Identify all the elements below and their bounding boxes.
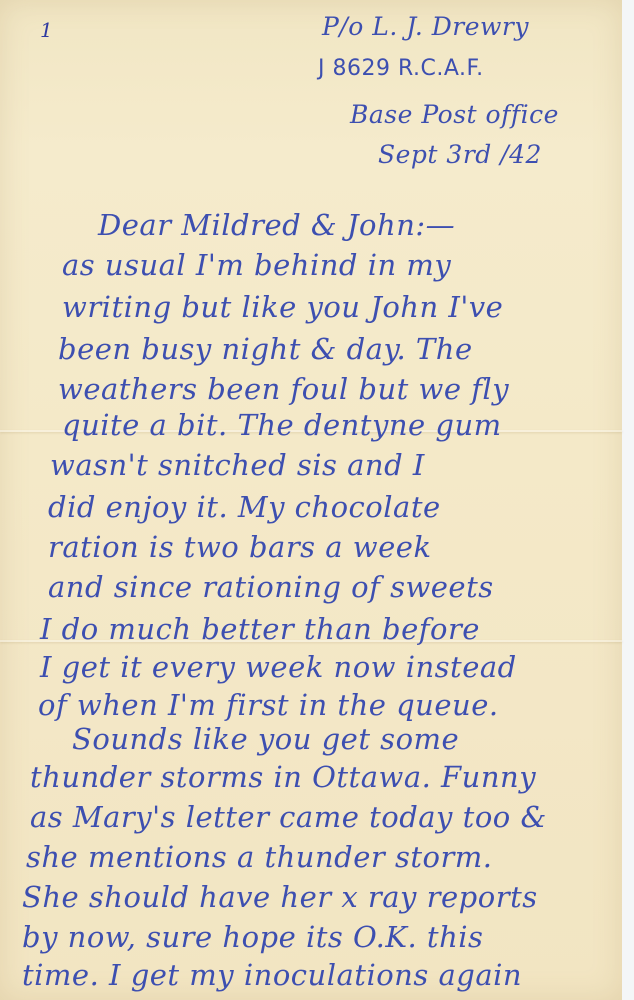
body-line: She should have her x ray reports [22, 880, 538, 914]
body-line: time. I get my inoculations again [22, 958, 522, 992]
body-line: and since rationing of sweets [48, 570, 494, 604]
body-line: I get it every week now instead [40, 650, 517, 684]
body-line: of when I'm first in the queue. [38, 688, 499, 722]
sender-address: Base Post office [350, 100, 559, 129]
body-line: by now, sure hope its O.K. this [22, 920, 483, 954]
body-line: wasn't snitched sis and I [50, 448, 425, 482]
letter-page: 1 P/o L. J. Drewry J 8629 R.C.A.F. Base … [0, 0, 622, 1000]
body-line: as Mary's letter came today too & [30, 800, 547, 834]
body-line: writing but like you John I've [62, 290, 503, 324]
salutation: Dear Mildred & John:— [98, 208, 455, 242]
body-line: I do much better than before [40, 612, 480, 646]
body-line: quite a bit. The dentyne gum [62, 408, 502, 442]
letter-date: Sept 3rd /42 [378, 140, 542, 169]
body-line: been busy night & day. The [58, 332, 473, 366]
page-number: 1 [40, 18, 53, 42]
body-line: thunder storms in Ottawa. Funny [30, 760, 536, 794]
body-line: ration is two bars a week [48, 530, 432, 564]
body-line: weathers been foul but we fly [58, 372, 509, 406]
body-line: as usual I'm behind in my [62, 248, 451, 282]
body-line: she mentions a thunder storm. [26, 840, 493, 874]
body-line: Sounds like you get some [72, 722, 459, 756]
service-number: J 8629 R.C.A.F. [318, 56, 484, 81]
sender-name: P/o L. J. Drewry [322, 12, 529, 41]
body-line: did enjoy it. My chocolate [48, 490, 441, 524]
